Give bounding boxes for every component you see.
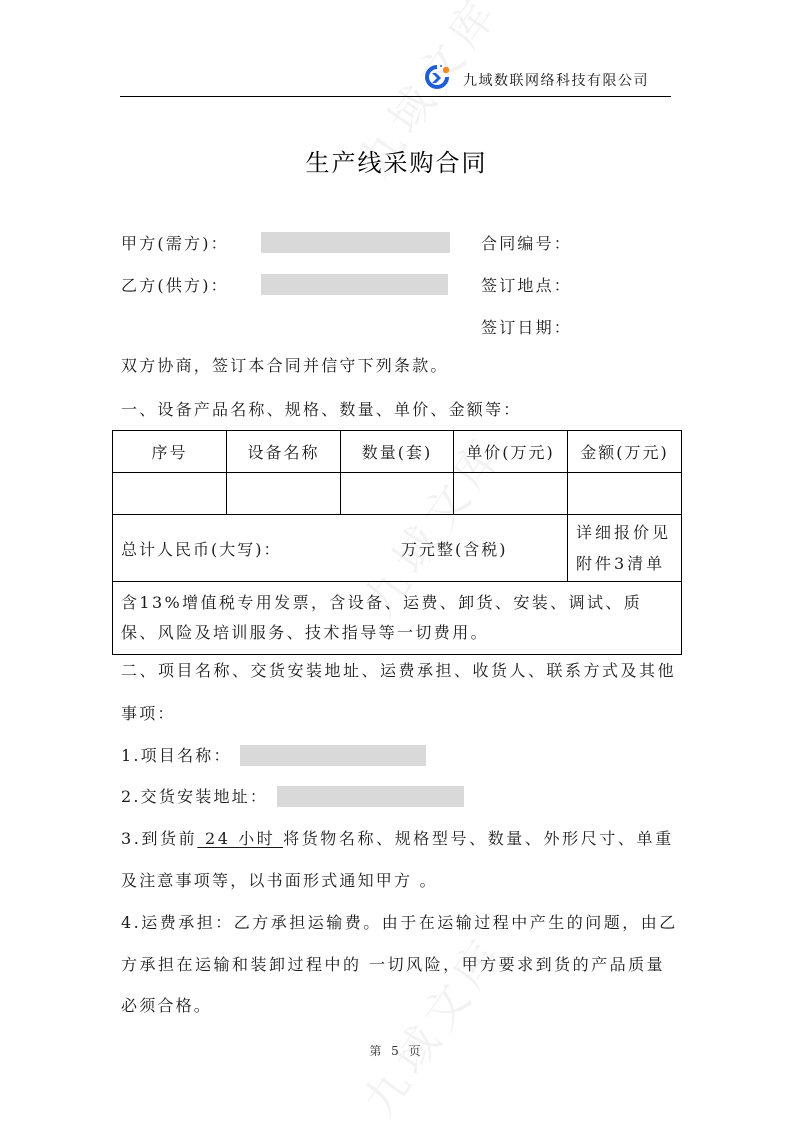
col-header-index: 序号 <box>113 431 227 473</box>
party-a-label: 甲方(需方)： <box>121 234 229 254</box>
delivery-address-value-redacted <box>277 786 464 807</box>
notice-hours: 24 小时 <box>197 829 283 848</box>
item4-line2: 方承担在运输和装卸过程中的 一切风险，甲方要求到货的产品质量 <box>121 955 665 975</box>
sign-date-label: 签订日期： <box>481 318 572 338</box>
cell-index[interactable] <box>113 473 227 515</box>
section2-heading-cont: 事项： <box>121 704 176 724</box>
col-header-name: 设备名称 <box>227 431 341 473</box>
page-number: 第 5 页 <box>0 1042 793 1059</box>
total-cell: 总计人民币(大写)： 万元整(含税) <box>113 515 568 582</box>
document-title: 生产线采购合同 <box>0 143 793 178</box>
item3-prefix: 3.到货前 <box>121 829 197 848</box>
intro-text: 双方协商，签订本合同并信守下列条款。 <box>121 356 449 376</box>
cell-quantity[interactable] <box>341 473 454 515</box>
project-name-value-redacted <box>240 745 426 766</box>
company-name: 九域数联网络科技有限公司 <box>463 70 649 90</box>
company-logo-icon <box>423 63 451 91</box>
party-b-label: 乙方(供方)： <box>121 276 229 296</box>
total-label: 总计人民币(大写)： <box>121 540 282 559</box>
sign-place-label: 签订地点： <box>481 276 572 296</box>
item4-line3: 必须合格。 <box>121 996 212 1016</box>
project-name-label: 1.项目名称： <box>121 746 232 766</box>
items-table: 序号 设备名称 数量(套) 单价(万元) 金额(万元) 总计人民币(大写)： 万… <box>112 430 682 655</box>
item3-line1: 3.到货前 24 小时 将货物名称、规格型号、数量、外形尺寸、单重 <box>121 829 674 849</box>
total-row: 总计人民币(大写)： 万元整(含税) 详细报价见 附件3清单 <box>113 515 682 582</box>
cell-unit-price[interactable] <box>454 473 568 515</box>
total-note-line2: 附件3清单 <box>576 548 681 579</box>
item3-suffix: 将货物名称、规格型号、数量、外形尺寸、单重 <box>283 829 674 848</box>
table-header-row: 序号 设备名称 数量(套) 单价(万元) 金额(万元) <box>113 431 682 473</box>
item4-line1: 4.运费承担：乙方承担运输费。由于在运输过程中产生的问题，由乙 <box>121 913 678 933</box>
note-row: 含13%增值税专用发票，含设备、运费、卸货、安装、调试、质保、风险及培训服务、技… <box>113 582 682 655</box>
party-a-value-redacted <box>261 232 450 253</box>
section2-heading: 二、项目名称、交货安装地址、运费承担、收货人、联系方式及其他 <box>121 661 676 681</box>
watermark: 九域文库 <box>345 920 517 1122</box>
total-note-cell: 详细报价见 附件3清单 <box>568 515 682 582</box>
contract-no-label: 合同编号： <box>481 234 572 254</box>
total-note-line1: 详细报价见 <box>576 517 681 548</box>
cell-name[interactable] <box>227 473 341 515</box>
col-header-quantity: 数量(套) <box>341 431 454 473</box>
total-unit: 万元整(含税) <box>401 537 508 560</box>
section1-heading: 一、设备产品名称、规格、数量、单价、金额等： <box>121 400 521 420</box>
item3-line2: 及注意事项等，以书面形式通知甲方 。 <box>121 871 438 891</box>
cell-amount[interactable] <box>568 473 682 515</box>
header-divider <box>120 96 671 97</box>
note-cell: 含13%增值税专用发票，含设备、运费、卸货、安装、调试、质保、风险及培训服务、技… <box>113 582 682 655</box>
delivery-address-label: 2.交货安装地址： <box>121 787 268 807</box>
col-header-amount: 金额(万元) <box>568 431 682 473</box>
party-b-value-redacted <box>261 274 448 295</box>
col-header-unit-price: 单价(万元) <box>454 431 568 473</box>
table-row <box>113 473 682 515</box>
